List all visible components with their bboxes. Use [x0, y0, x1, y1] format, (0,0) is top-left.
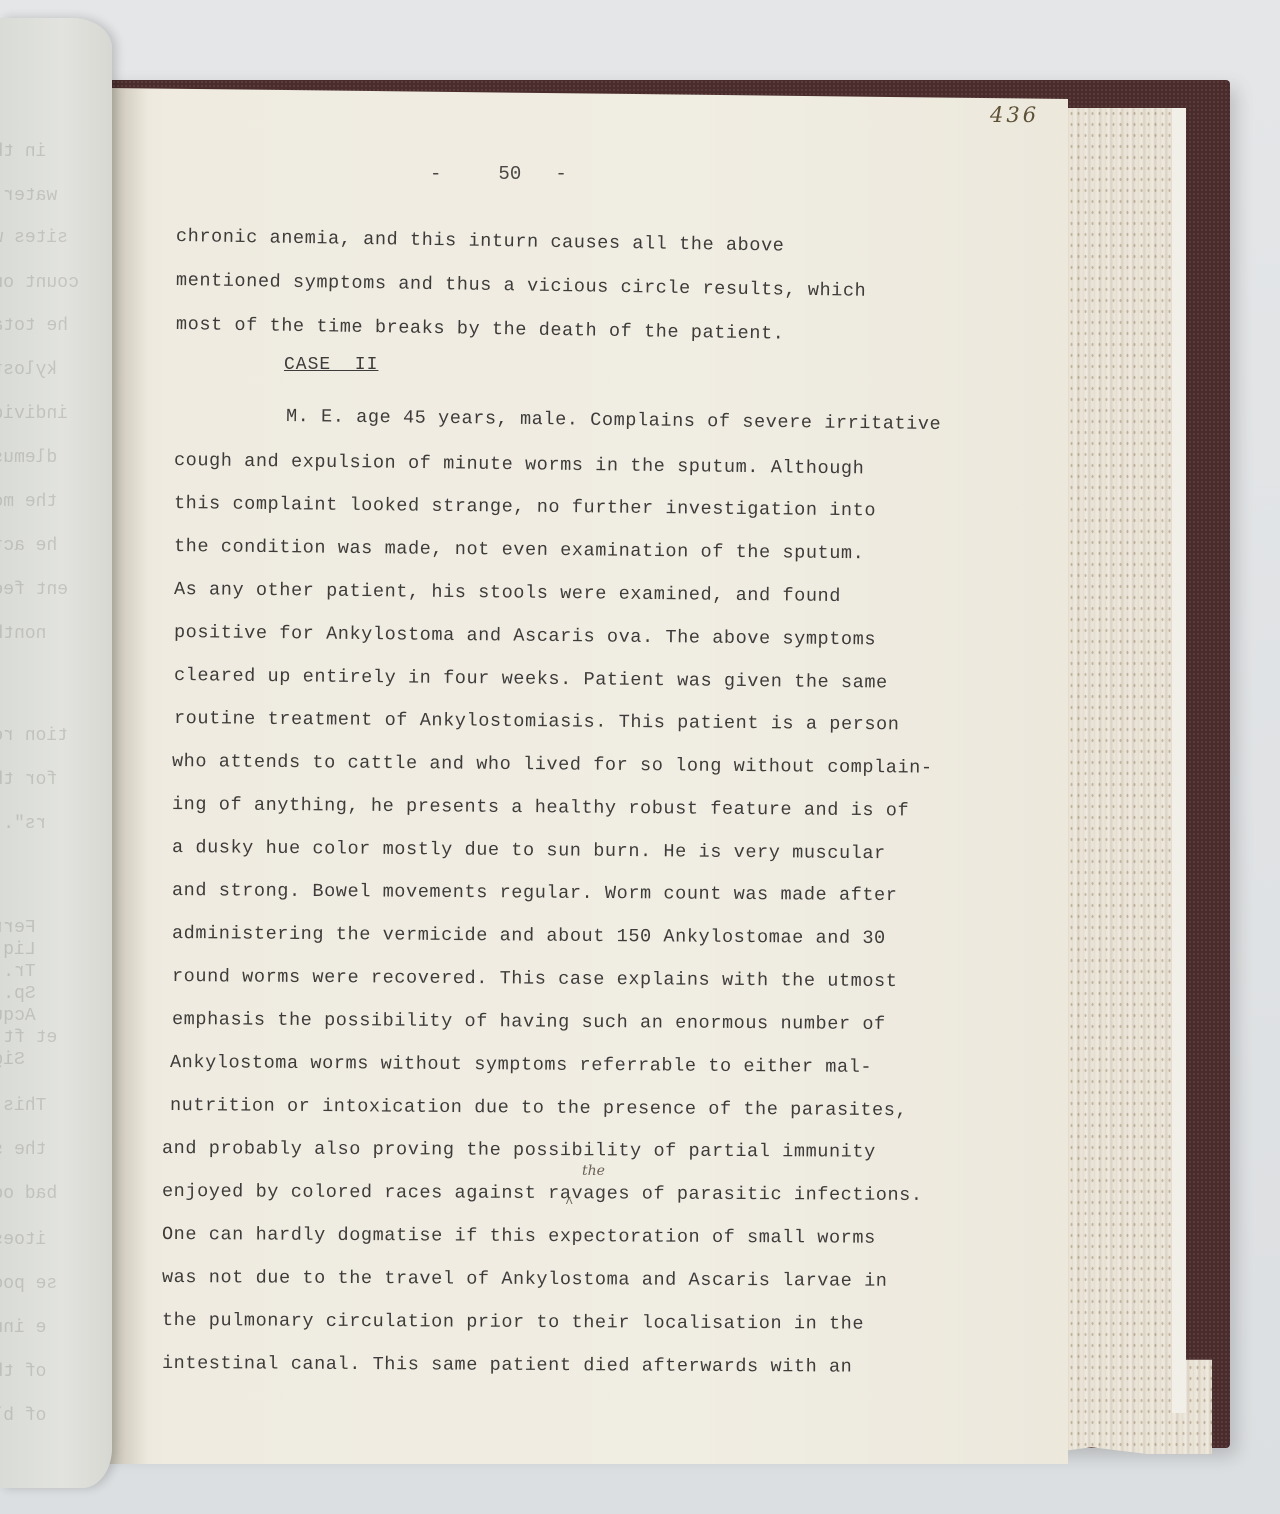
- bleed-line: sites will: [0, 228, 110, 248]
- facing-page-curl: in the 2 water and sites will count on t…: [0, 18, 112, 1488]
- bleed-line: itoes su: [0, 1230, 110, 1250]
- text-line: the pulmonary circulation prior to their…: [162, 1310, 864, 1335]
- bleed-line: dlemus. I: [0, 448, 110, 468]
- bleed-line: Rx: [0, 860, 110, 880]
- bleed-line: Sp. chl: [0, 984, 110, 1004]
- bleed-line: the month: [0, 492, 110, 512]
- bleed-line: et ft. do: [0, 1028, 110, 1048]
- bleed-line: of their: [0, 1362, 110, 1382]
- endpaper: [1172, 108, 1186, 1413]
- text-line: and probably also proving the possibilit…: [162, 1138, 876, 1163]
- text-line: intestinal canal. This same patient died…: [162, 1353, 853, 1378]
- handwritten-insertion: the: [582, 1163, 605, 1179]
- bleed-line: Liq. Ar: [0, 940, 110, 960]
- bleed-line: kylostoma: [0, 360, 110, 380]
- text-line: was not due to the travel of Ankylostoma…: [162, 1267, 888, 1292]
- bleed-line: the same: [0, 1140, 110, 1160]
- bleed-line: nonth he: [0, 624, 110, 644]
- bleed-line: individual: [0, 404, 110, 424]
- bleed-line: se poor v: [0, 1274, 110, 1294]
- bleed-line: count on th: [0, 273, 110, 293]
- bleed-line: in the 2: [0, 142, 110, 162]
- bleed-line: of blood: [0, 1406, 110, 1426]
- bleed-line: e innoce: [0, 1318, 110, 1338]
- page-number: - 50 -: [430, 163, 567, 185]
- bleed-line: Tr. nuc: [0, 962, 110, 982]
- bleed-line: bad odors: [0, 1184, 110, 1204]
- text-line: enjoyed by colored races against ravages…: [162, 1181, 923, 1206]
- bleed-line: he active: [0, 536, 110, 556]
- bleed-line: water and: [0, 186, 110, 206]
- bleed-line: Ferri e: [0, 918, 110, 938]
- bleed-line: ent feelin: [0, 580, 110, 600]
- section-heading: CASE II: [284, 355, 378, 375]
- gutter-shadow: [108, 88, 148, 1464]
- bleed-line: he total a: [0, 316, 110, 336]
- bleed-line: Sig. s: [0, 1050, 110, 1070]
- insertion-caret-icon: ^: [565, 1196, 573, 1212]
- bleed-line: Acqua c: [0, 1006, 110, 1026]
- text-line: One can hardly dogmatise if this expecto…: [162, 1224, 876, 1249]
- bleed-line: for these: [0, 770, 110, 790]
- handwritten-folio-number: 436: [990, 103, 1039, 127]
- bleed-line: This pat: [0, 1096, 110, 1116]
- bleed-line: tion ready: [0, 726, 110, 746]
- bleed-line: rs". The: [0, 814, 110, 834]
